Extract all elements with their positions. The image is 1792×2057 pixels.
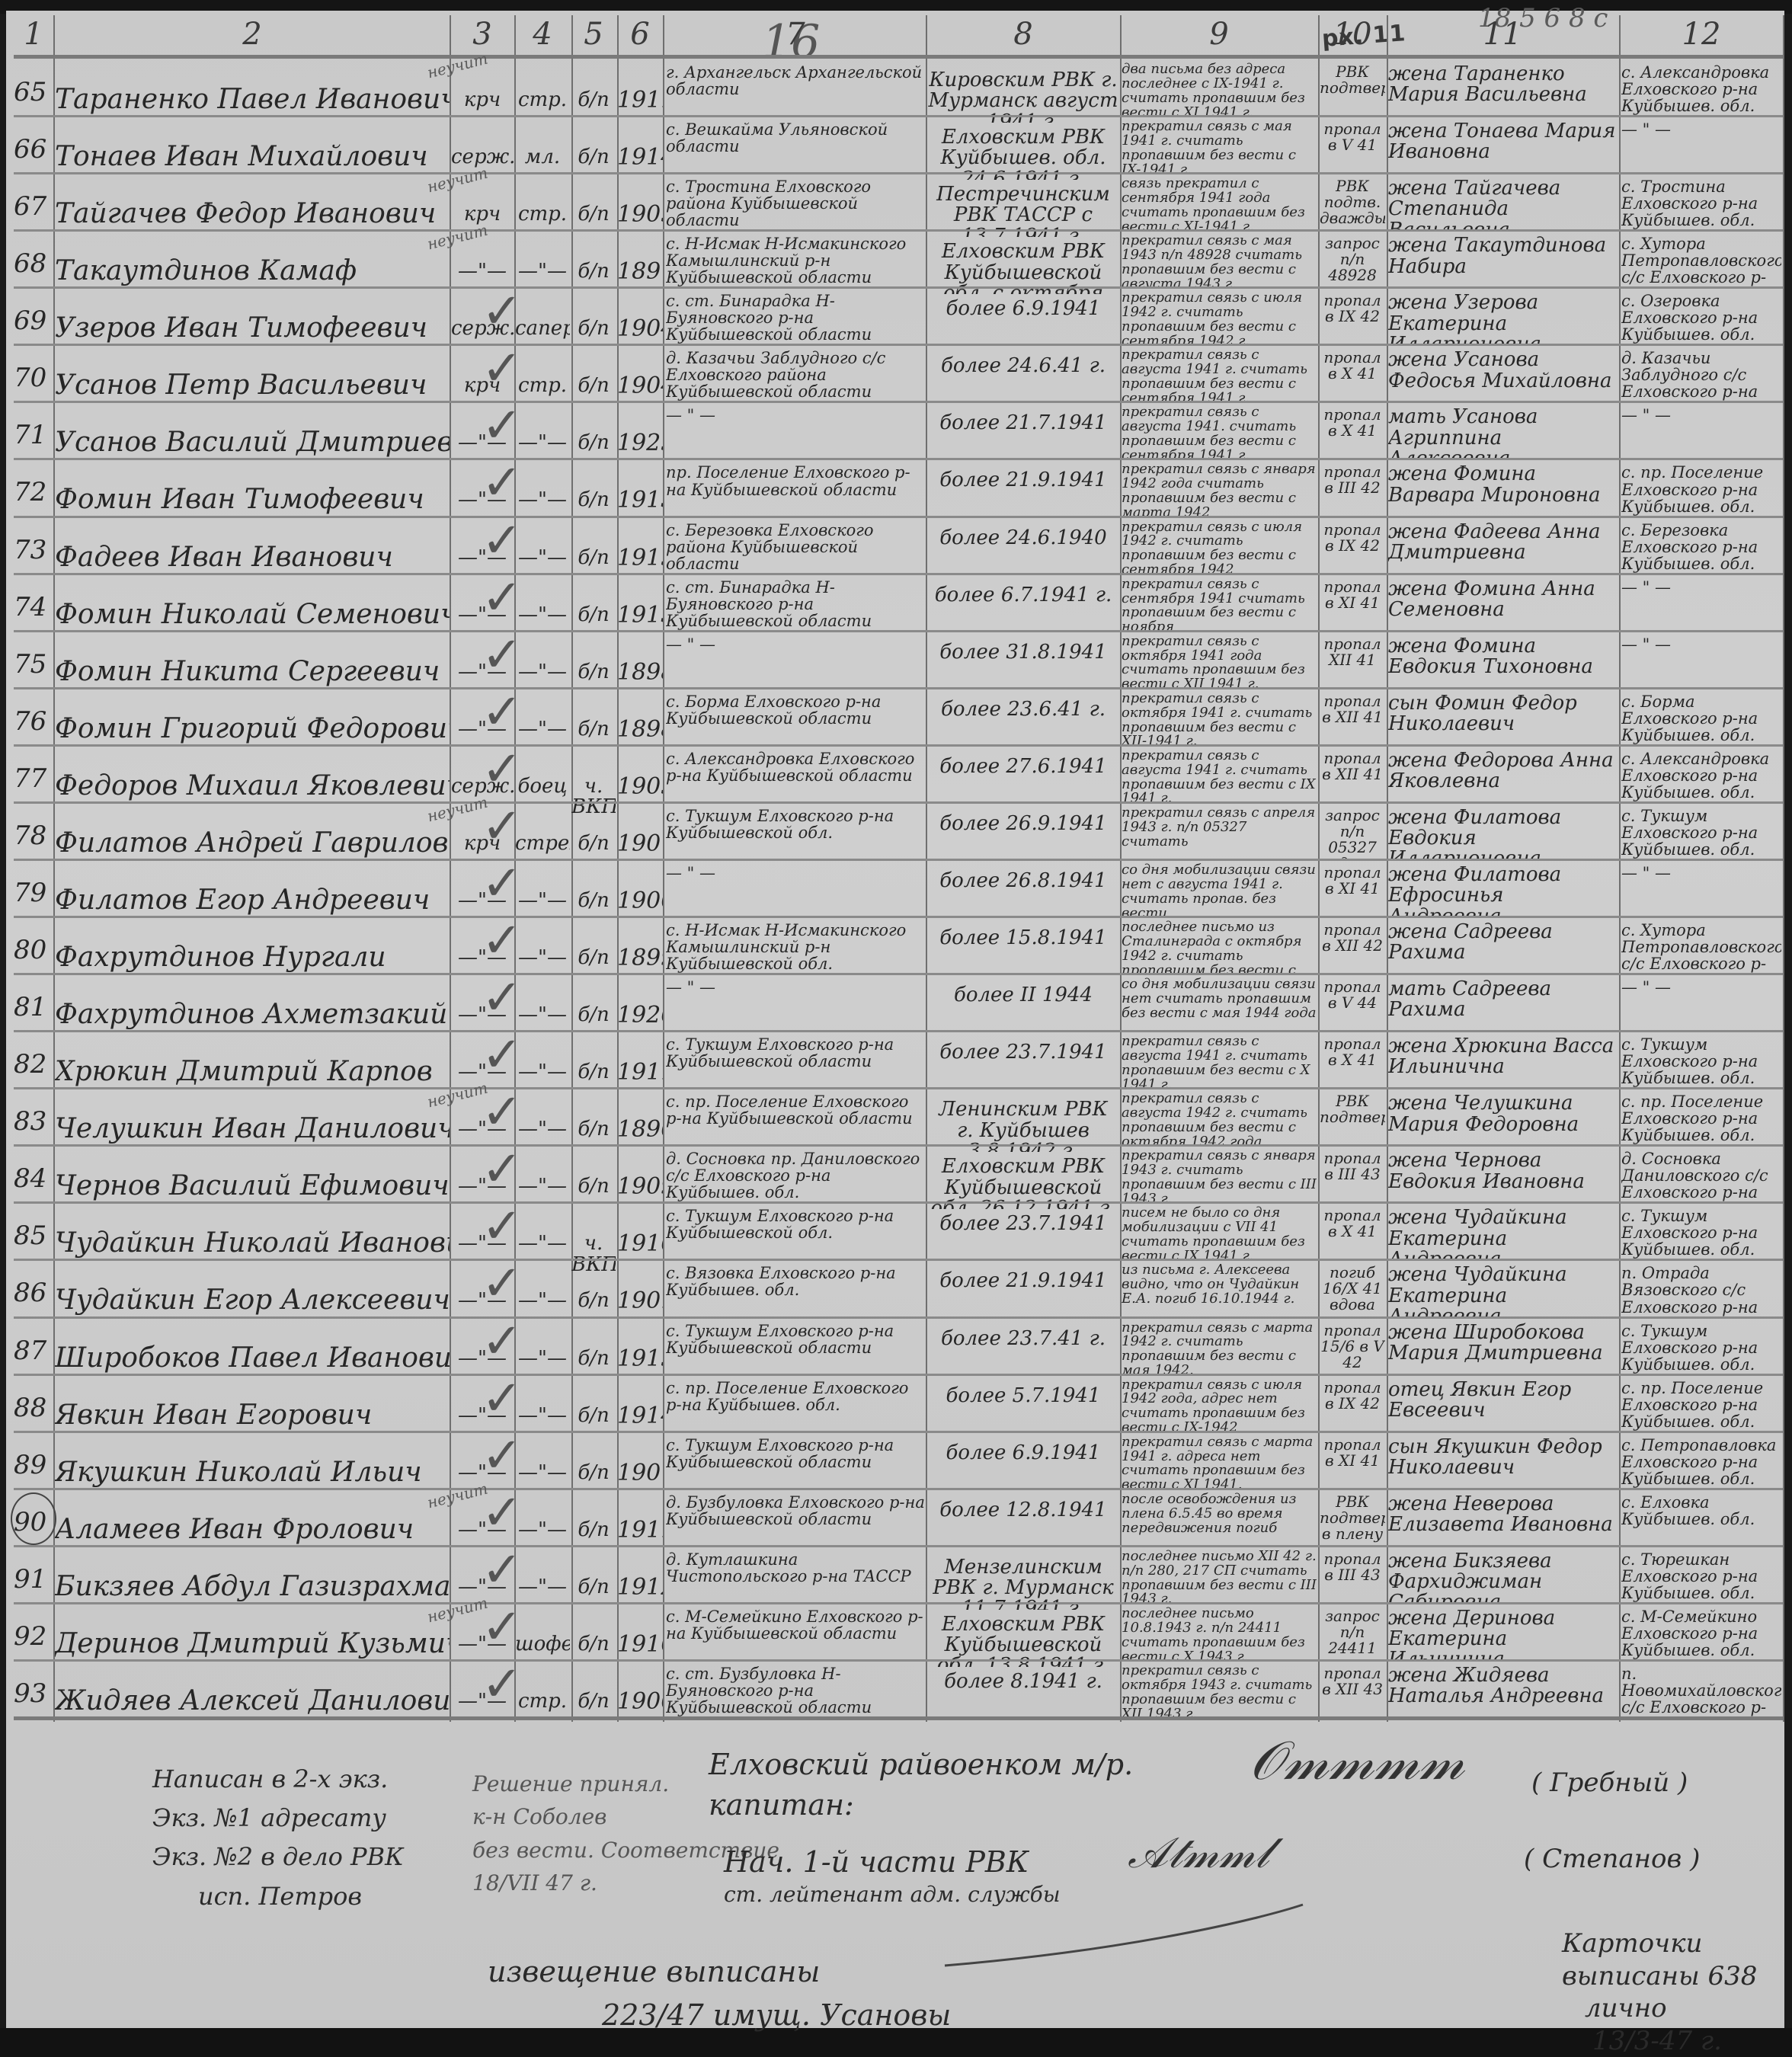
cards-note: Карточки выписаны 638 лично 13/3-47 г. <box>1562 1927 1757 2057</box>
checkmark-icon: ✓ <box>482 741 523 798</box>
table-row: 68Такаутдинов Камаф—"——"—б/п1897с. Н-Исм… <box>0 231 1792 288</box>
table-row: 80Фахрутдинов Нургали—"——"—б/п1899с. Н-И… <box>0 917 1792 974</box>
checkmark-icon: ✓ <box>482 398 523 454</box>
column-number: 10 <box>1320 17 1385 53</box>
cell-c12: с. Березовка Елховского р-на Куйбышев. о… <box>1621 522 1781 574</box>
cell-c9: последнее письмо из Сталинграда с октябр… <box>1122 920 1317 973</box>
cell-c7: с. пр. Поселение Елховского р-на Куйбыше… <box>666 1380 925 1432</box>
cell-c12: с. Александровка Елховского р-на Куйбыше… <box>1621 64 1781 117</box>
cell-c7: д. Казачьи Заблудного с/с Елховского рай… <box>666 350 925 402</box>
cell-c11: жена Фомина Евдокия Тихоновна <box>1388 636 1617 689</box>
cell-c9: прекратил связь с июля 1942 года, адрес … <box>1122 1378 1317 1431</box>
cell-c11: жена Фомина Анна Семеновна <box>1388 579 1617 632</box>
cell-c7: с. Тукшум Елховского р-на Куйбышевской о… <box>666 1208 925 1260</box>
cell-c7: с. ст. Бинарадка Н-Буяновского р-на Куйб… <box>666 293 925 345</box>
cell-c10: пропал в IX 42 <box>1320 293 1385 345</box>
executor: исп. Петров <box>152 1877 404 1916</box>
checkmark-icon: ✓ <box>482 1599 523 1656</box>
cell-c10: пропал в X 41 <box>1320 1208 1385 1260</box>
cell-c11: жена Широбокова Мария Дмитриевна <box>1388 1323 1617 1375</box>
table-row: 88Явкин Иван Егорович—"——"—б/п1914с. пр.… <box>0 1375 1792 1432</box>
checkmark-icon: ✓ <box>482 283 523 340</box>
cell-c12: с. Тукшум Елховского р-на Куйбышев. обл. <box>1621 808 1781 860</box>
cell-c10: РВК подтвердил <box>1320 64 1385 117</box>
cell-c7: — " — <box>666 636 925 689</box>
cell-c10: пропал в X 41 <box>1320 350 1385 402</box>
cell-c12: — " — <box>1621 979 1781 1032</box>
checkmark-icon: ✓ <box>482 1542 523 1598</box>
table-row: 86Чудайкин Егор Алексеевич—"——"—б/п1901с… <box>0 1260 1792 1317</box>
cell-c11: жена Деринова Екатерина Ильинична <box>1388 1608 1617 1661</box>
cell-c9: прекратил связь с октября 1941 года счит… <box>1122 635 1317 687</box>
cell-c10: пропал 15/6 в V 42 <box>1320 1323 1385 1375</box>
signer-name-1: ( Гребный ) <box>1531 1767 1688 1798</box>
cards-date: 13/3-47 г. <box>1562 2025 1757 2057</box>
cell-c10: пропал в III 43 <box>1320 1150 1385 1203</box>
table-row: 90Аламеев Иван Фролович—"——"—б/п1911д. Б… <box>0 1489 1792 1547</box>
table-row: 77Федоров Михаил Яковлевичсерж.боецч. ВК… <box>0 746 1792 803</box>
cell-c7: с. Тукшум Елховского р-на Куйбышевской о… <box>666 1437 925 1489</box>
table-row: 87Широбоков Павел Иванович—"——"—б/п1915с… <box>0 1318 1792 1375</box>
cell-c10: пропал в XI 41 <box>1320 865 1385 917</box>
office-rank: капитан: <box>709 1785 1133 1825</box>
cell-c11: жена Неверова Елизавета Ивановна <box>1388 1494 1617 1547</box>
cell-c10: погиб 16/X 41 вдова <box>1320 1265 1385 1317</box>
column-number: 4 <box>515 17 570 53</box>
checkmark-icon: ✓ <box>482 913 523 969</box>
checkmark-icon: ✓ <box>482 570 523 626</box>
cell-c12: с. Борма Елховского р-на Куйбышев. обл. <box>1621 693 1781 746</box>
cell-c12: с. Александровка Елховского р-на Куйбыше… <box>1621 750 1781 803</box>
cards-line: лично <box>1562 1992 1757 2025</box>
checkmark-icon: ✓ <box>482 1428 523 1484</box>
cell-c10: пропал в X 41 <box>1320 407 1385 459</box>
cell-c9: связь прекратил с сентября 1941 года счи… <box>1122 177 1317 229</box>
checkmark-icon: ✓ <box>482 970 523 1026</box>
cell-c10: пропал в XII 43 <box>1320 1665 1385 1718</box>
cell-c9: со дня мобилизации связи нет с августа 1… <box>1122 863 1317 916</box>
cell-c10: запрос п/п 48928 <box>1320 235 1385 288</box>
table-row: 82Хрюкин Дмитрий Карпов—"——"—б/п1911с. Т… <box>0 1032 1792 1089</box>
cell-c7: с. Александровка Елховского р-на Куйбыше… <box>666 750 925 803</box>
cell-c12: п. Отрада Вязовского с/с Елховского р-на… <box>1621 1265 1781 1317</box>
cell-c11: сын Якушкин Федор Николаевич <box>1388 1437 1617 1489</box>
cell-c9: прекратил связь с октября 1943 г. считат… <box>1122 1664 1317 1716</box>
checkmark-icon: ✓ <box>482 1485 523 1541</box>
cell-c12: — " — <box>1621 865 1781 917</box>
cell-c10: РВК подтвердил <box>1320 1093 1385 1146</box>
cell-c10: пропал в X 41 <box>1320 1036 1385 1089</box>
cell-c9: прекратил связь с января 1943 г. считать… <box>1122 1149 1317 1201</box>
cell-c10: пропал в V 44 <box>1320 979 1385 1032</box>
cell-c7: с. пр. Поселение Елховского р-на Куйбыше… <box>666 1093 925 1146</box>
cell-c9: прекратил связь с мая 1943 п/п 48928 счи… <box>1122 234 1317 286</box>
signer-name-2: ( Степанов ) <box>1524 1844 1700 1874</box>
cell-c10: РВК подтвердил в плену <box>1320 1494 1385 1547</box>
cell-c9: из письма г. Алексеева видно, что он Чуд… <box>1122 1263 1317 1316</box>
cell-c11: жена Филатова Евдокия Илларионовна <box>1388 808 1617 860</box>
table-row: 71Усанов Василий Дмитриевич—"——"—б/п1925… <box>0 402 1792 459</box>
cell-c9: прекратил связь с августа 1942 г. считат… <box>1122 1092 1317 1144</box>
cell-c7: с. ст. Бузбуловка Н-Буяновского р-на Куй… <box>666 1665 925 1718</box>
cell-c7: — " — <box>666 407 925 459</box>
cell-c12: с. Тукшум Елховского р-на Куйбышев. обл. <box>1621 1323 1781 1375</box>
circled-number-mark <box>11 1492 56 1545</box>
checkmark-icon: ✓ <box>482 684 523 741</box>
cell-c12: с. Тукшум Елховского р-на Куйбышев. обл. <box>1621 1208 1781 1260</box>
cell-c12: с. Озеровка Елховского р-на Куйбышев. об… <box>1621 293 1781 345</box>
column-number: 2 <box>55 17 450 53</box>
cell-c11: жена Бикзяева Фархиджиман Сабировна <box>1388 1551 1617 1604</box>
copy-2: Экз. №2 в дело РВК <box>152 1838 404 1876</box>
column-number: 1 <box>14 17 53 53</box>
cell-c9: прекратил связь с августа 1941. считать … <box>1122 405 1317 458</box>
cell-c11: жена Тонаева Мария Ивановна <box>1388 121 1617 174</box>
checkmark-icon: ✓ <box>482 1198 523 1255</box>
cell-c11: жена Чудайкина Екатерина Андреевна <box>1388 1265 1617 1317</box>
cell-c11: жена Фадеева Анна Дмитриевна <box>1388 522 1617 574</box>
checkmark-icon: ✓ <box>482 1256 523 1312</box>
checkmark-icon: ✓ <box>482 627 523 683</box>
cell-c7: д. Кутлашкина Чистопольского р-на ТАССР <box>666 1551 925 1604</box>
checkmark-icon: ✓ <box>482 798 523 855</box>
cell-c12: с. Хутора Петропавловского с/с Елховског… <box>1621 235 1781 288</box>
cell-c9: последнее письмо 10.8.1943 г. п/п 24411 … <box>1122 1607 1317 1659</box>
cell-c7: с. М-Семейкино Елховского р-на Куйбышевс… <box>666 1608 925 1661</box>
table-row: 72Фомин Иван Тимофеевич—"——"—б/п1913пр. … <box>0 459 1792 517</box>
cell-c7: пр. Поселение Елховского р-на Куйбышевск… <box>666 464 925 517</box>
cell-c10: пропал в IX 42 <box>1320 522 1385 574</box>
cell-c11: жена Филатова Ефросинья Андреевна <box>1388 865 1617 917</box>
cell-c7: с. Березовка Елховского района Куйбышевс… <box>666 522 925 574</box>
table-row: 85Чудайкин Николай Иванович—"——"—ч. ВКП(… <box>0 1203 1792 1260</box>
cell-c9: прекратил связь с апреля 1943 г. п/п 053… <box>1122 806 1317 859</box>
column-number: 12 <box>1621 17 1781 53</box>
copy-1: Экз. №1 адресату <box>152 1799 404 1838</box>
signature-flourish <box>937 1874 1318 1973</box>
cell-c12: — " — <box>1621 121 1781 174</box>
checkmark-icon: ✓ <box>482 341 523 397</box>
cell-c7: д. Сосновка пр. Даниловского с/с Елховск… <box>666 1150 925 1203</box>
cell-c11: мать Усанова Агриппина Алексеевна <box>1388 407 1617 459</box>
table-row: 89Якушкин Николай Ильич—"——"—б/п1907с. Т… <box>0 1432 1792 1489</box>
cell-c12: д. Сосновка Даниловского с/с Елховского … <box>1621 1150 1781 1203</box>
cell-c10: пропал в XII 42 <box>1320 922 1385 974</box>
cell-c11: жена Жидяева Наталья Андреевна <box>1388 1665 1617 1718</box>
cell-c11: жена Тайгачева Степанида Васильевна <box>1388 178 1617 231</box>
cards-line: Карточки <box>1562 1927 1757 1960</box>
cell-c11: жена Садреева Рахима <box>1388 922 1617 974</box>
cell-c9: прекратил связь с мая 1941 г. считать пр… <box>1122 120 1317 172</box>
table-row: 73Фадеев Иван Иванович—"——"—б/п1915с. Бе… <box>0 517 1792 574</box>
cell-c12: — " — <box>1621 636 1781 689</box>
column-number: 6 <box>617 17 663 53</box>
cell-c9: последнее письмо XII 42 г. п/п 280, 217 … <box>1122 1550 1317 1602</box>
cell-c10: пропал в XI 41 <box>1320 1437 1385 1489</box>
column-number: 8 <box>928 17 1118 53</box>
table-row: 81Фахрутдинов Ахметзакий—"——"—б/п1926— "… <box>0 974 1792 1032</box>
checkmark-icon: ✓ <box>482 1141 523 1198</box>
cell-c12: с. Хутора Петропавловского с/с Елховског… <box>1621 922 1781 974</box>
checkmark-icon: ✓ <box>482 455 523 511</box>
cell-c12: с. пр. Поселение Елховского р-на Куйбыше… <box>1621 464 1781 517</box>
cell-c9: прекратил связь с июля 1942 г. считать п… <box>1122 520 1317 573</box>
notice-note: извещение выписаны 223/47 имущ. Усановы <box>488 1950 951 2037</box>
cell-c11: жена Узерова Екатерина Илларионовна <box>1388 293 1617 345</box>
cell-c11: жена Федорова Анна Яковлевна <box>1388 750 1617 803</box>
table-row: 84Чернов Василий Ефимович—"——"—б/п1909д.… <box>0 1146 1792 1203</box>
cell-c9: прекратил связь с октября 1941 г. считат… <box>1122 692 1317 744</box>
cell-c7: с. Н-Исмак Н-Исмакинского Камышлинский р… <box>666 922 925 974</box>
table-row: 65Тараненко Павел Ивановичкрчстр.б/п1911… <box>0 59 1792 117</box>
cell-c11: жена Тараненко Мария Васильевна <box>1388 64 1617 117</box>
cell-c10: пропал в XII 41 <box>1320 693 1385 746</box>
notice-line: 223/47 имущ. Усановы <box>488 1994 951 2037</box>
cell-c12: с. Тюрешкан Елховского р-на Куйбышев. об… <box>1621 1551 1781 1604</box>
cell-c11: мать Садреева Рахима <box>1388 979 1617 1032</box>
cell-c10: пропал в III 42 <box>1320 464 1385 517</box>
table-row: 93Жидяев Алексей Данилович—"—стр.б/п1900… <box>0 1661 1792 1718</box>
cell-c11: жена Усанова Федосья Михайловна <box>1388 350 1617 402</box>
column-number: 3 <box>451 17 514 53</box>
cell-c7: с. Тростина Елховского района Куйбышевск… <box>666 178 925 231</box>
cell-c10: пропал в IX 42 <box>1320 1380 1385 1432</box>
cell-c12: с. пр. Поселение Елховского р-на Куйбыше… <box>1621 1093 1781 1146</box>
cell-c10: РВК подтв. дважды <box>1320 178 1385 231</box>
table-row: 92Деринов Дмитрий Кузьмич—"—шоферб/п1910… <box>0 1604 1792 1661</box>
table-row: 66Тонаев Иван Михайловичсерж.мл.б/п1914с… <box>0 117 1792 174</box>
cell-c9: прекратил связь с июля 1942 г. считать п… <box>1122 291 1317 344</box>
checkmark-icon: ✓ <box>482 1371 523 1427</box>
cell-c12: с. Петропавловка Елховского р-на Куйбыше… <box>1621 1437 1781 1489</box>
signature-chief: 𝒜𝓉𝓂𝓂𝓁 <box>1128 1828 1269 1879</box>
cell-c10: пропал XII 41 <box>1320 636 1385 689</box>
cell-c12: с. Елховка Куйбышев. обл. <box>1621 1494 1781 1547</box>
military-commissar-title: Елховский райвоенком м/р. капитан: <box>709 1745 1133 1825</box>
cell-c12: с. Тукшум Елховского р-на Куйбышев. обл. <box>1621 1036 1781 1089</box>
cell-c9: прекратил связь с сентября 1941 считать … <box>1122 577 1317 630</box>
cell-c10: пропал в XI 41 <box>1320 579 1385 632</box>
cell-c12: п. Новомихайловского с/с Елховского р-на… <box>1621 1665 1781 1718</box>
checkmark-icon: ✓ <box>482 856 523 912</box>
cards-line: выписаны 638 <box>1562 1960 1757 1993</box>
cell-c12: с. Тростина Елховского р-на Куйбышев. об… <box>1621 178 1781 231</box>
cell-c10: запрос п/п 24411 <box>1320 1608 1385 1661</box>
cell-c7: д. Бузбуловка Елховского р-на Куйбышевск… <box>666 1494 925 1547</box>
cell-c9: прекратил связь с августа 1941 г. считат… <box>1122 749 1317 801</box>
margin-note: неучит <box>425 50 489 82</box>
cell-c7: с. Н-Исмак Н-Исмакинского Камышлинский р… <box>666 235 925 288</box>
cell-c9: прекратил связь с августа 1941 г. считат… <box>1122 348 1317 401</box>
cell-c9: прекратил связь с марта 1942 г. считать … <box>1122 1321 1317 1374</box>
column-number: 9 <box>1122 17 1317 53</box>
table-row: 83Челушкин Иван Данилович—"——"—б/п1896с.… <box>0 1089 1792 1146</box>
cell-c9: прекратил связь с января 1942 года счита… <box>1122 462 1317 515</box>
table-row: 70Усанов Петр Васильевичкрчстр.б/п1904д.… <box>0 345 1792 402</box>
cell-c10: пропал в III 43 <box>1320 1551 1385 1604</box>
column-number: 5 <box>571 17 616 53</box>
column-number: 11 <box>1388 17 1617 53</box>
table-row: 74Фомин Николай Семенович—"——"—б/п1913с.… <box>0 574 1792 632</box>
notice-line: извещение выписаны <box>488 1950 951 1994</box>
checkmark-icon: ✓ <box>482 1027 523 1083</box>
cell-c11: жена Челушкина Мария Федоровна <box>1388 1093 1617 1146</box>
cell-c12: — " — <box>1621 579 1781 632</box>
cell-c11: отец Явкин Егор Евсеевич <box>1388 1380 1617 1432</box>
office-title: Елховский райвоенком м/р. <box>709 1745 1133 1785</box>
copies-note: Написан в 2-х экз. Экз. №1 адресату Экз.… <box>152 1760 404 1916</box>
cell-no: 93 <box>14 1681 53 1733</box>
cell-c7: — " — <box>666 865 925 917</box>
table-row: 76Фомин Григорий Федорович—"——"—б/п1898с… <box>0 689 1792 746</box>
cell-c9: прекратил связь с марта 1941 г. адреса н… <box>1122 1435 1317 1488</box>
cell-c12: с. пр. Поселение Елховского р-на Куйбыше… <box>1621 1380 1781 1432</box>
cell-c9: прекратил связь с августа 1941 г. считат… <box>1122 1035 1317 1087</box>
cell-c7: — " — <box>666 979 925 1032</box>
cell-c7: с. Вязовка Елховского р-на Куйбышев. обл… <box>666 1265 925 1317</box>
cell-c11: жена Такаутдинова Набира <box>1388 235 1617 288</box>
cell-c7: с. Тукшум Елховского р-на Куйбышевской о… <box>666 1323 925 1375</box>
header-rule <box>14 55 1783 59</box>
cell-c7: с. ст. Бинарадка Н-Буяновского р-на Куйб… <box>666 579 925 632</box>
cell-c7: с. Вешкайма Ульяновской области <box>666 121 925 174</box>
cell-c11: жена Чернова Евдокия Ивановна <box>1388 1150 1617 1203</box>
table-row: 75Фомин Никита Сергеевич—"——"—б/п1898— "… <box>0 632 1792 689</box>
cell-c9: писем не было со дня мобилизации с VII 4… <box>1122 1206 1317 1259</box>
cell-c9: два письма без адреса последнее с IX-194… <box>1122 62 1317 115</box>
cell-c11: жена Чудайкина Екатерина Андреевна <box>1388 1208 1617 1260</box>
table-row: 91Бикзяев Абдул Газизрахманович—"——"—б/п… <box>0 1547 1792 1604</box>
table-row: 79Филатов Егор Андреевич—"——"—б/п1900— "… <box>0 860 1792 917</box>
cell-c12: с. М-Семейкино Елховского р-на Куйбышев.… <box>1621 1608 1781 1661</box>
table-row: 78Филатов Андрей Гавриловичкрчстрел.б/п1… <box>0 803 1792 860</box>
cell-c9: со дня мобилизации связи нет считать про… <box>1122 977 1317 1030</box>
cell-c7: г. Архангельск Архангельской области <box>666 64 925 117</box>
cell-c9: после освобождения из плена 6.5.45 во вр… <box>1122 1492 1317 1545</box>
copies-count: Написан в 2-х экз. <box>152 1760 404 1799</box>
cell-c7: с. Тукшум Елховского р-на Куйбышевской о… <box>666 808 925 860</box>
cell-c10: запрос п/п 05327 подтвердил <box>1320 808 1385 860</box>
checkmark-icon: ✓ <box>482 1313 523 1370</box>
cell-c7: с. Борма Елховского р-на Куйбышевской об… <box>666 693 925 746</box>
signature-commissar: 𝒪𝓂𝓂𝓂𝓂 <box>1250 1729 1464 1793</box>
cell-c10: пропал в XII 41 <box>1320 750 1385 803</box>
cell-c11: сын Фомин Федор Николаевич <box>1388 693 1617 746</box>
column-number: 7 <box>666 17 925 53</box>
cell-c10: пропал в V 41 <box>1320 121 1385 174</box>
cell-name: Жидяев Алексей Данилович <box>55 1687 450 1739</box>
checkmark-icon: ✓ <box>482 513 523 569</box>
cell-c7: с. Тукшум Елховского р-на Куйбышевской о… <box>666 1036 925 1089</box>
row-divider <box>14 1716 1783 1720</box>
cell-c12: — " — <box>1621 407 1781 459</box>
cell-c12: д. Казачьи Заблудного с/с Елховского р-н… <box>1621 350 1781 402</box>
checkmark-icon: ✓ <box>482 1656 523 1713</box>
checkmark-icon: ✓ <box>482 1084 523 1140</box>
cell-c11: жена Хрюкина Васса Ильинична <box>1388 1036 1617 1089</box>
table-row: 69Узеров Иван Тимофеевичсерж.саперб/п190… <box>0 288 1792 345</box>
table-row: 67Тайгачев Федор Ивановичкрчстр.б/п1905с… <box>0 174 1792 231</box>
cell-c11: жена Фомина Варвара Мироновна <box>1388 464 1617 517</box>
